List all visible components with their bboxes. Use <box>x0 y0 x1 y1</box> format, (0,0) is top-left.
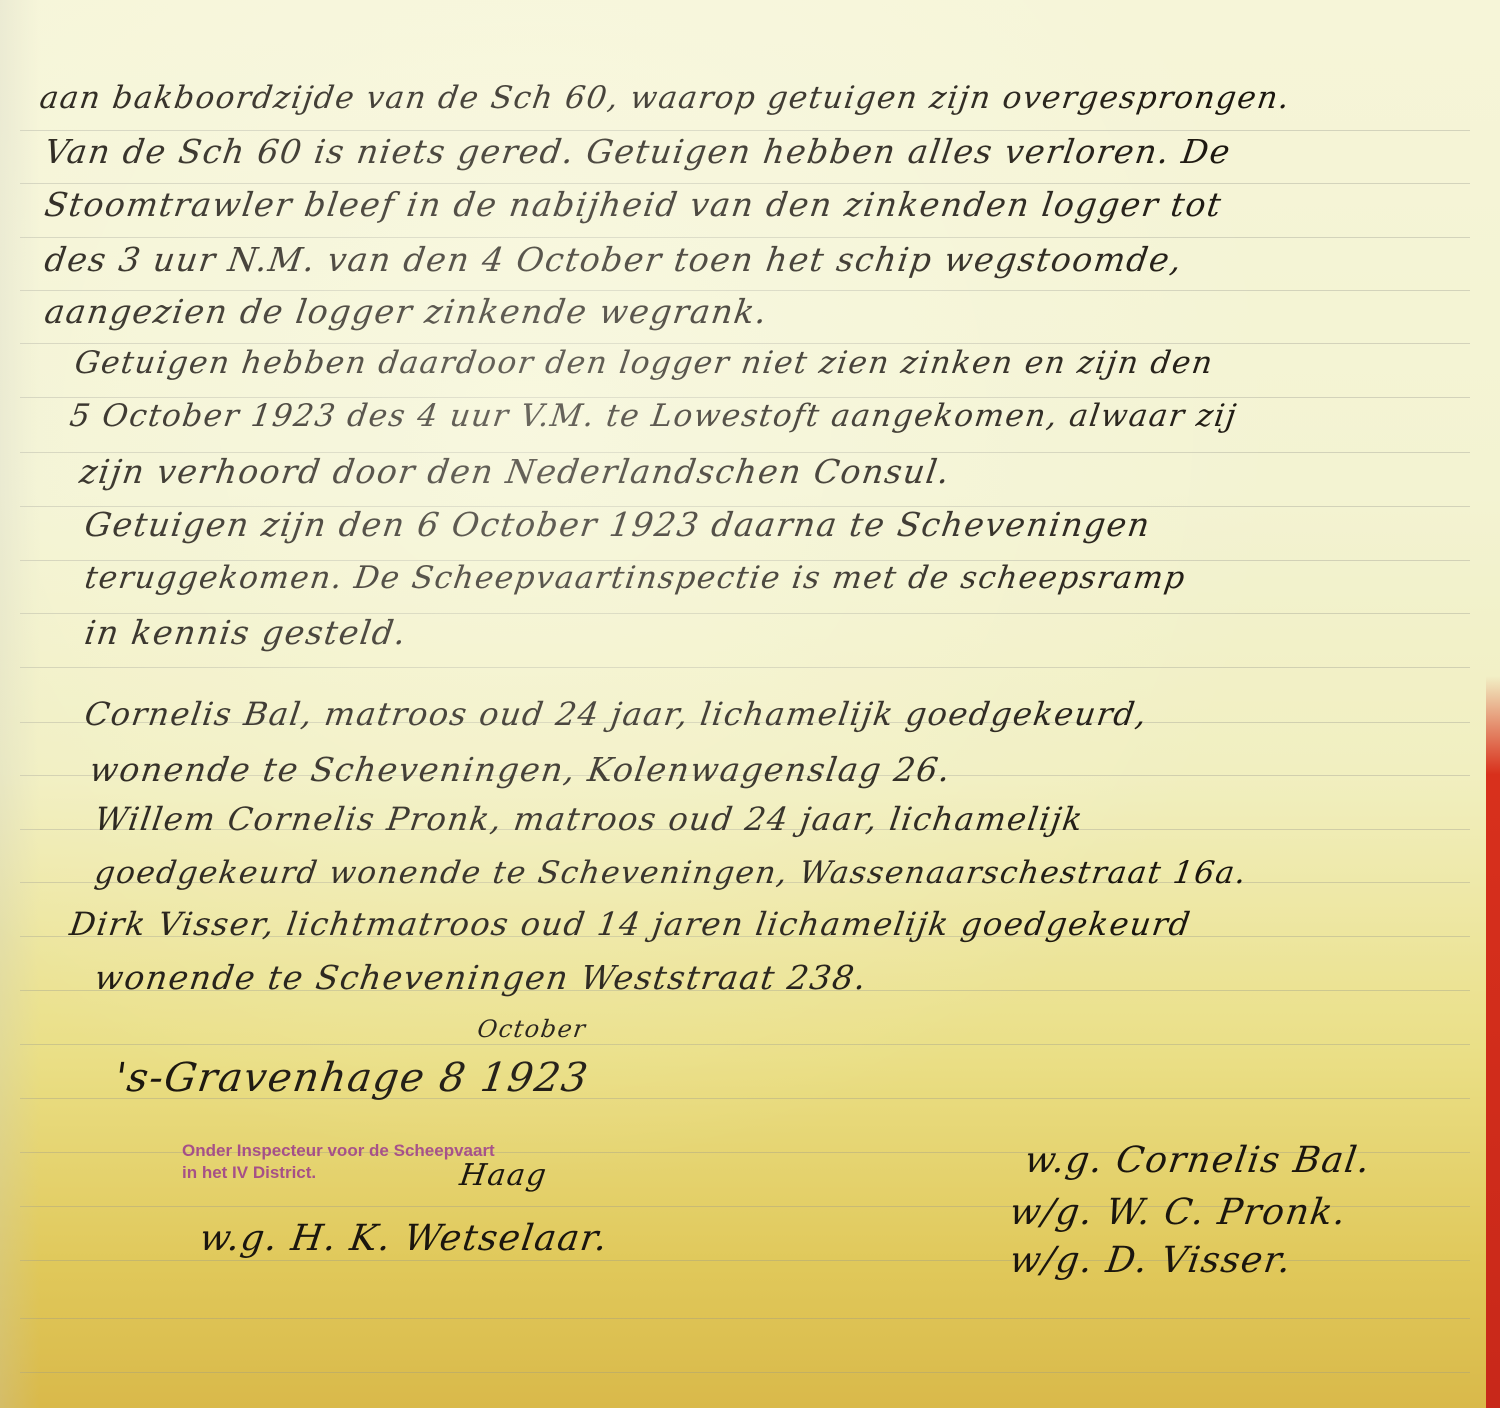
red-page-edge <box>1486 0 1500 1408</box>
witness-line: Willem Cornelis Pronk, matroos oud 24 ja… <box>92 800 1086 838</box>
witness-signature: w/g. W. C. Pronk. <box>1007 1192 1349 1233</box>
witness-line: Cornelis Bal, matroos oud 24 jaar, licha… <box>82 695 1150 733</box>
place-name: 's-Gravenhage 8 <box>112 1055 470 1101</box>
stamp-handwritten-addition: Haag <box>458 1158 550 1193</box>
ruled-line <box>20 667 1470 668</box>
witness-line: wonende te Scheveningen Weststraat 238. <box>92 958 870 997</box>
date-year: 1923 <box>478 1055 592 1101</box>
date-month: October <box>476 1015 589 1043</box>
body-line: Stoomtrawler bleef in de nabijheid van d… <box>42 185 1225 224</box>
body-line: Getuigen zijn den 6 October 1923 daarna … <box>82 505 1153 544</box>
body-line: aan bakboordzijde van de Sch 60, waarop … <box>37 80 1292 116</box>
witness-line: Dirk Visser, lichtmatroos oud 14 jaren l… <box>67 905 1193 943</box>
ruled-line <box>20 237 1470 238</box>
body-line: aangezien de logger zinkende wegrank. <box>42 292 770 331</box>
witness-signature: w/g. D. Visser. <box>1007 1240 1294 1281</box>
stamp-line-2: in het IV District. <box>182 1162 495 1184</box>
ruled-line <box>20 1372 1470 1373</box>
inspector-stamp: Onder Inspecteur voor de Scheepvaart in … <box>182 1140 495 1184</box>
ruled-line <box>20 343 1470 344</box>
document-page: aan bakboordzijde van de Sch 60, waarop … <box>0 0 1500 1408</box>
witness-signature: w.g. Cornelis Bal. <box>1022 1140 1373 1181</box>
ruled-line <box>20 290 1470 291</box>
witness-line: goedgekeurd wonende te Scheveningen, Was… <box>92 855 1249 891</box>
witness-line: wonende te Scheveningen, Kolenwagenslag … <box>87 750 954 789</box>
body-line: in kennis gesteld. <box>82 613 409 652</box>
stamp-line-1: Onder Inspecteur voor de Scheepvaart <box>182 1140 495 1162</box>
body-line: zijn verhoord door den Nederlandschen Co… <box>77 452 953 491</box>
body-line: Getuigen hebben daardoor den logger niet… <box>72 345 1216 381</box>
place-date: 's-Gravenhage 8 October 1923 <box>112 1055 592 1101</box>
date-year-wrap: October 1923 <box>478 1055 592 1101</box>
ruled-line <box>20 1318 1470 1319</box>
body-line: Van de Sch 60 is niets gered. Getuigen h… <box>42 132 1234 171</box>
body-line: teruggekomen. De Scheepvaartinspectie is… <box>82 560 1188 596</box>
body-line: des 3 uur N.M. van den 4 October toen he… <box>42 240 1185 279</box>
ruled-line <box>20 1044 1470 1045</box>
ruled-line <box>20 183 1470 184</box>
body-line: 5 October 1923 des 4 uur V.M. te Lowesto… <box>67 398 1239 434</box>
inspector-signature: w.g. H. K. Wetselaar. <box>197 1218 611 1259</box>
ruled-line <box>20 130 1470 131</box>
